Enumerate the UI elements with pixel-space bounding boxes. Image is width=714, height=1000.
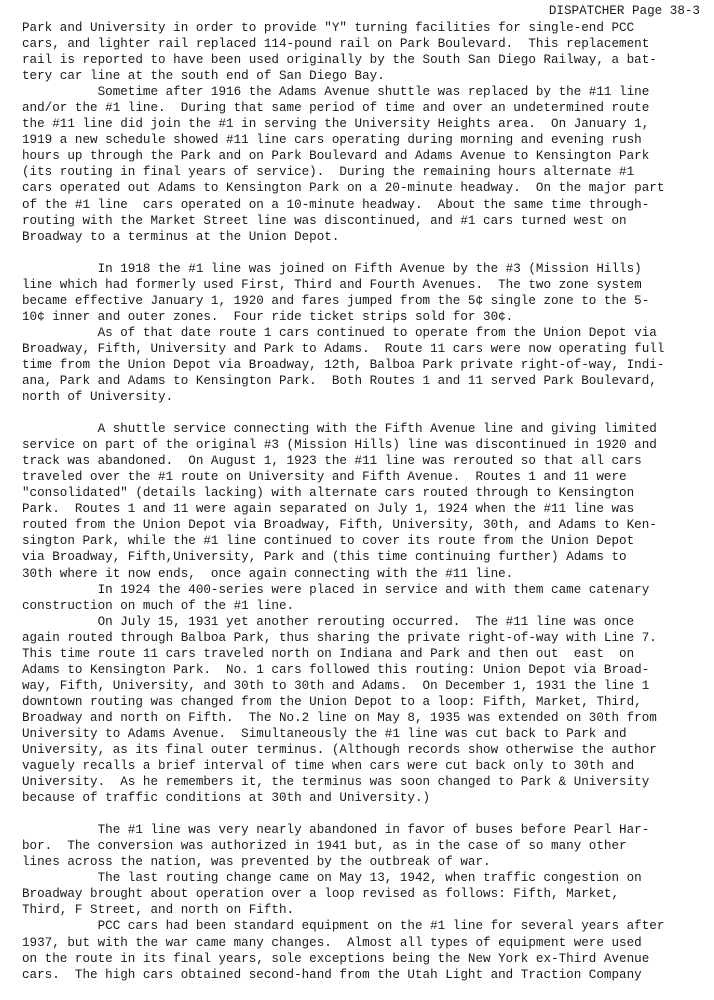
paragraph: Sometime after 1916 the Adams Avenue shu…: [22, 84, 712, 244]
text-line: Sometime after 1916 the Adams Avenue shu…: [22, 84, 712, 100]
paragraph-gap: [22, 245, 712, 261]
text-line: Broadway to a terminus at the Union Depo…: [22, 229, 712, 245]
text-line: routing with the Market Street line was …: [22, 213, 712, 229]
paragraph: The last routing change came on May 13, …: [22, 870, 712, 918]
text-line: Adams to Kensington Park. No. 1 cars fol…: [22, 662, 712, 678]
text-line: via Broadway, Fifth,University, Park and…: [22, 549, 712, 565]
text-line: University, as its final outer terminus.…: [22, 742, 712, 758]
text-line: Third, F Street, and north on Fifth.: [22, 902, 712, 918]
text-line: lines across the nation, was prevented b…: [22, 854, 712, 870]
paragraph-gap: [22, 405, 712, 421]
text-line: This time route 11 cars traveled north o…: [22, 646, 712, 662]
text-line: PCC cars had been standard equipment on …: [22, 918, 712, 934]
text-line: University to Adams Avenue. Simultaneous…: [22, 726, 712, 742]
text-line: University. As he remembers it, the term…: [22, 774, 712, 790]
text-line: on the route in its final years, sole ex…: [22, 951, 712, 967]
document-body: Park and University in order to provide …: [22, 20, 712, 983]
text-line: As of that date route 1 cars continued t…: [22, 325, 712, 341]
text-line: tery car line at the south end of San Di…: [22, 68, 712, 84]
text-line: cars. The high cars obtained second-hand…: [22, 967, 712, 983]
text-line: cars, and lighter rail replaced 114-poun…: [22, 36, 712, 52]
text-line: traveled over the #1 route on University…: [22, 469, 712, 485]
text-line: vaguely recalls a brief interval of time…: [22, 758, 712, 774]
text-line: downtown routing was changed from the Un…: [22, 694, 712, 710]
text-line: 1919 a new schedule showed #11 line cars…: [22, 132, 712, 148]
paragraph-gap: [22, 806, 712, 822]
text-line: routed from the Union Depot via Broadway…: [22, 517, 712, 533]
text-line: ana, Park and Adams to Kensington Park. …: [22, 373, 712, 389]
text-line: The #1 line was very nearly abandoned in…: [22, 822, 712, 838]
text-line: Broadway, Fifth, University and Park to …: [22, 341, 712, 357]
text-line: hours up through the Park and on Park Bo…: [22, 148, 712, 164]
paragraph: In 1924 the 400-series were placed in se…: [22, 582, 712, 614]
text-line: Broadway brought about operation over a …: [22, 886, 712, 902]
paragraph: A shuttle service connecting with the Fi…: [22, 421, 712, 581]
paragraph: PCC cars had been standard equipment on …: [22, 918, 712, 982]
text-line: track was abandoned. On August 1, 1923 t…: [22, 453, 712, 469]
text-line: Broadway and north on Fifth. The No.2 li…: [22, 710, 712, 726]
document-page: DISPATCHER Page 38-3 Park and University…: [0, 0, 714, 1000]
text-line: In 1918 the #1 line was joined on Fifth …: [22, 261, 712, 277]
paragraph: Park and University in order to provide …: [22, 20, 712, 84]
text-line: line which had formerly used First, Thir…: [22, 277, 712, 293]
text-line: sington Park, while the #1 line continue…: [22, 533, 712, 549]
text-line: and/or the #1 line. During that same per…: [22, 100, 712, 116]
paragraph: On July 15, 1931 yet another rerouting o…: [22, 614, 712, 807]
paragraph: The #1 line was very nearly abandoned in…: [22, 822, 712, 870]
text-line: cars operated out Adams to Kensington Pa…: [22, 180, 712, 196]
text-line: In 1924 the 400-series were placed in se…: [22, 582, 712, 598]
text-line: of the #1 line cars operated on a 10-min…: [22, 197, 712, 213]
text-line: 10¢ inner and outer zones. Four ride tic…: [22, 309, 712, 325]
text-line: Park and University in order to provide …: [22, 20, 712, 36]
text-line: the #11 line did join the #1 in serving …: [22, 116, 712, 132]
text-line: again routed through Balboa Park, thus s…: [22, 630, 712, 646]
text-line: bor. The conversion was authorized in 19…: [22, 838, 712, 854]
paragraph: As of that date route 1 cars continued t…: [22, 325, 712, 405]
text-line: rail is reported to have been used origi…: [22, 52, 712, 68]
text-line: A shuttle service connecting with the Fi…: [22, 421, 712, 437]
text-line: because of traffic conditions at 30th an…: [22, 790, 712, 806]
running-header: DISPATCHER Page 38-3: [549, 4, 700, 18]
text-line: 1937, but with the war came many changes…: [22, 935, 712, 951]
text-line: 30th where it now ends, once again conne…: [22, 566, 712, 582]
text-line: Park. Routes 1 and 11 were again separat…: [22, 501, 712, 517]
paragraph: In 1918 the #1 line was joined on Fifth …: [22, 261, 712, 325]
text-line: way, Fifth, University, and 30th to 30th…: [22, 678, 712, 694]
text-line: The last routing change came on May 13, …: [22, 870, 712, 886]
text-line: "consolidated" (details lacking) with al…: [22, 485, 712, 501]
text-line: north of University.: [22, 389, 712, 405]
text-line: time from the Union Depot via Broadway, …: [22, 357, 712, 373]
text-line: construction on much of the #1 line.: [22, 598, 712, 614]
text-line: On July 15, 1931 yet another rerouting o…: [22, 614, 712, 630]
text-line: became effective January 1, 1920 and far…: [22, 293, 712, 309]
text-line: service on part of the original #3 (Miss…: [22, 437, 712, 453]
text-line: (its routing in final years of service).…: [22, 164, 712, 180]
